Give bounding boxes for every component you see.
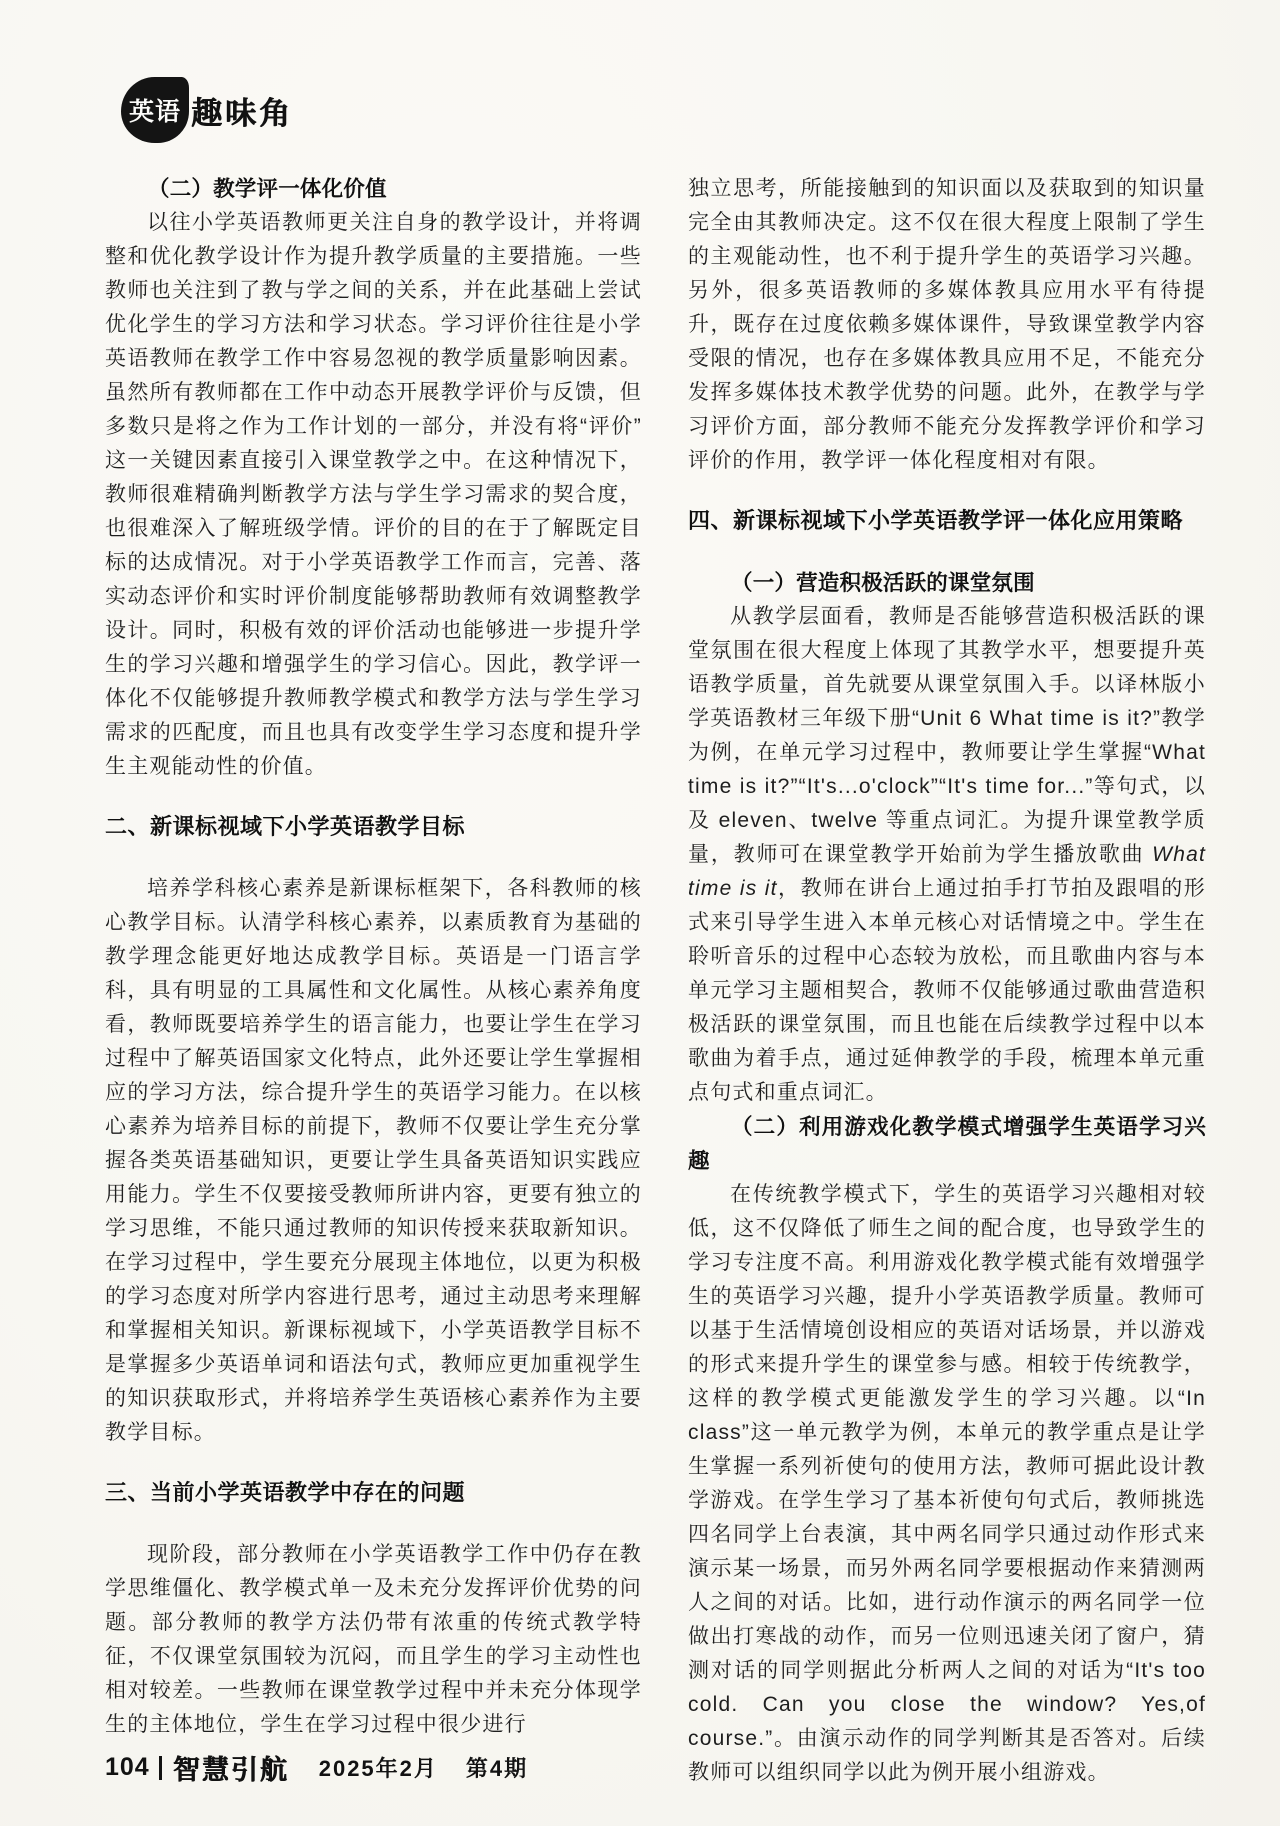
paragraph-existing-problems: 现阶段，部分教师在小学英语教学工作中仍存在教学思维僵化、教学模式单一及未充分发挥…	[105, 1538, 642, 1742]
logo-badge-text: 英语	[129, 92, 181, 128]
page-number: 104	[105, 1753, 150, 1782]
heading-section-3: 三、当前小学英语教学中存在的问题	[105, 1476, 642, 1510]
paragraph-segment: 从教学层面看，教师是否能够营造积极活跃的课堂氛围在很大程度上体现了其教学水平，想…	[688, 605, 1206, 866]
heading-section-2: 二、新课标视域下小学英语教学目标	[105, 810, 642, 844]
subheading-4-1-classroom-atmosphere: （一）营造积极活跃的课堂氛围	[688, 566, 1206, 600]
logo-text: 趣味角	[191, 88, 293, 133]
footer-divider	[159, 1756, 162, 1780]
paragraph-eval-integration-value: 以往小学英语教师更关注自身的教学设计，并将调整和优化教学设计作为提升教学质量的主…	[105, 206, 642, 784]
subheading-eval-integration-value: （二）教学评一体化价值	[105, 172, 642, 206]
paragraph-segment: ，教师在讲台上通过拍手打节拍及跟唱的形式来引导学生进入本单元核心对话情境之中。学…	[688, 877, 1206, 1104]
issue-number: 第4期	[466, 1752, 528, 1783]
page-footer: 104 智慧引航 2025年2月 第4期	[105, 1748, 528, 1787]
right-column: 独立思考，所能接触到的知识面以及获取到的知识量完全由其教师决定。这不仅在很大程度…	[688, 172, 1206, 1790]
paragraph-teaching-goals: 培养学科核心素养是新课标框架下，各科教师的核心教学目标。认清学科核心素养，以素质…	[105, 872, 642, 1450]
heading-section-4: 四、新课标视域下小学英语教学评一体化应用策略	[688, 504, 1206, 538]
journal-page: 英语 趣味角 （二）教学评一体化价值 以往小学英语教师更关注自身的教学设计，并将…	[0, 0, 1280, 1826]
left-column: （二）教学评一体化价值 以往小学英语教师更关注自身的教学设计，并将调整和优化教学…	[105, 172, 642, 1742]
subheading-4-2-gamified-teaching: （二）利用游戏化教学模式增强学生英语学习兴趣	[688, 1110, 1206, 1178]
logo-badge-blob: 英语	[122, 78, 188, 142]
column-logo: 英语 趣味角	[122, 78, 293, 142]
journal-name-logo: 智慧引航	[173, 1748, 289, 1787]
paragraph-continuation: 独立思考，所能接触到的知识面以及获取到的知识量完全由其教师决定。这不仅在很大程度…	[688, 172, 1206, 478]
paragraph-classroom-atmosphere: 从教学层面看，教师是否能够营造积极活跃的课堂氛围在很大程度上体现了其教学水平，想…	[688, 600, 1206, 1110]
issue-date: 2025年2月	[319, 1752, 438, 1783]
paragraph-gamified-teaching: 在传统教学模式下，学生的英语学习兴趣相对较低，这不仅降低了师生之间的配合度，也导…	[688, 1178, 1206, 1790]
